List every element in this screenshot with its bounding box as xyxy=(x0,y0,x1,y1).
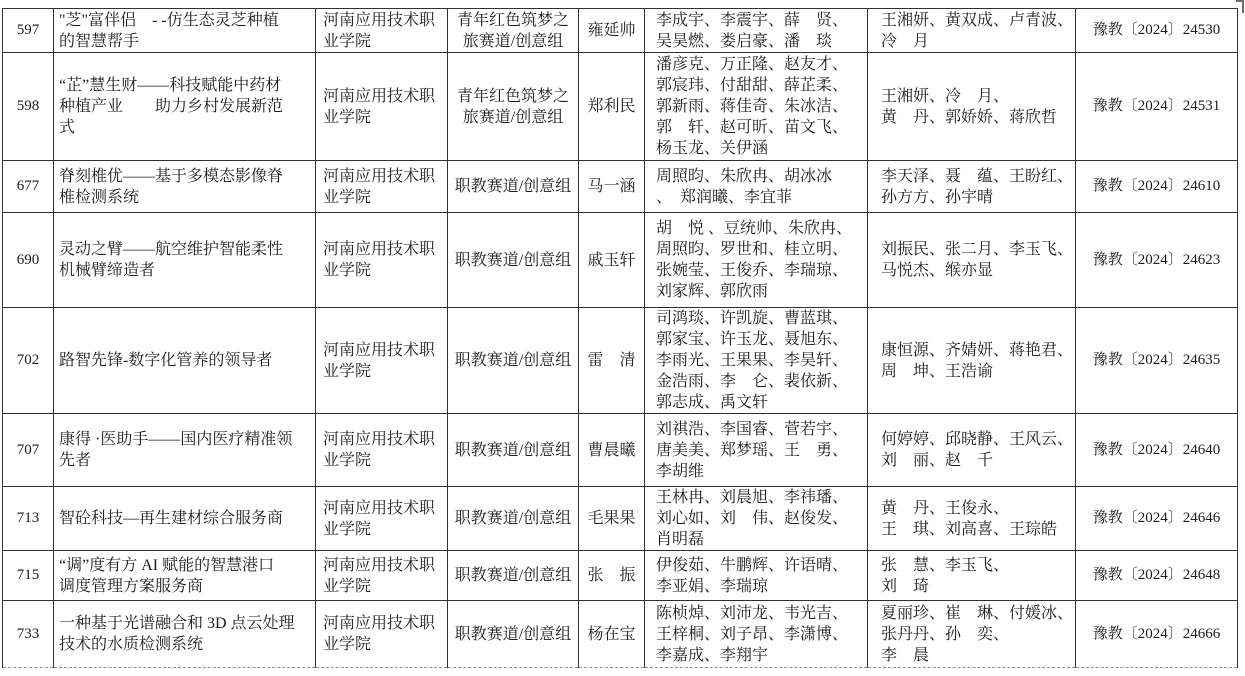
advisors: 刘振民、张二月、李玉飞、 马悦杰、缑亦显 xyxy=(868,213,1076,308)
track-group: 职教赛道/创意组 xyxy=(448,308,579,414)
team-members: 潘彦克、万正隆、赵友才、 郭宸玮、付甜甜、薛芷柔、 郭新雨、蒋佳奇、朱冰洁、 郭… xyxy=(645,53,868,161)
table-row: 690 灵动之臂——航空维护智能柔性 机械臂缔造者 河南应用技术职 业学院 职教… xyxy=(3,213,1238,308)
school-name: 河南应用技术职 业学院 xyxy=(316,551,448,601)
project-title: 一种基于光谱融合和 3D 点云处理 技术的水质检测系统 xyxy=(54,601,316,668)
track-group: 职教赛道/创意组 xyxy=(448,161,579,213)
table-row: 715 “调”度有方 AI 赋能的智慧港口 调度管理方案服务商 河南应用技术职 … xyxy=(3,551,1238,601)
project-title: “调”度有方 AI 赋能的智慧港口 调度管理方案服务商 xyxy=(54,551,316,601)
table-row: 707 康得 ·医助手——国内医疗精准领 先者 河南应用技术职 业学院 职教赛道… xyxy=(3,414,1238,487)
school-name: 河南应用技术职 业学院 xyxy=(316,53,448,161)
school-name: 河南应用技术职 业学院 xyxy=(316,414,448,487)
table-row: 733 一种基于光谱融合和 3D 点云处理 技术的水质检测系统 河南应用技术职 … xyxy=(3,601,1238,668)
advisors: 夏丽珍、崔 琳、付媛冰、 张丹丹、孙 奕、 李 晨 xyxy=(868,601,1076,668)
table-row: 702 路智先锋-数字化管养的领导者 河南应用技术职 业学院 职教赛道/创意组 … xyxy=(3,308,1238,414)
document-page: 597 "芝"富伴侣 - -仿生态灵芝种植 的智慧帮手 河南应用技术职 业学院 … xyxy=(0,0,1245,676)
row-number: 733 xyxy=(3,601,54,668)
project-title: 路智先锋-数字化管养的领导者 xyxy=(54,308,316,414)
school-name: 河南应用技术职 业学院 xyxy=(316,9,448,53)
project-leader: 雷 清 xyxy=(579,308,645,414)
track-group: 职教赛道/创意组 xyxy=(448,487,579,551)
document-number: 豫教〔2024〕24531 xyxy=(1076,53,1238,161)
school-name: 河南应用技术职 业学院 xyxy=(316,487,448,551)
project-leader: 杨在宝 xyxy=(579,601,645,668)
table-row: 597 "芝"富伴侣 - -仿生态灵芝种植 的智慧帮手 河南应用技术职 业学院 … xyxy=(3,9,1238,53)
team-members: 伊俊茹、牛鹏辉、许语晴、 李亚娟、李瑞琼 xyxy=(645,551,868,601)
team-members: 王林冉、刘晨旭、李祎璠、 刘心如、刘 伟、赵俊发、 肖明磊 xyxy=(645,487,868,551)
school-name: 河南应用技术职 业学院 xyxy=(316,601,448,668)
page-corner-mark-top xyxy=(1236,0,1244,2)
row-number: 702 xyxy=(3,308,54,414)
table-row: 713 智砼科技—再生建材综合服务商 河南应用技术职 业学院 职教赛道/创意组 … xyxy=(3,487,1238,551)
team-members: 刘祺浩、李国睿、菅若宇、 唐美美、郑梦瑶、王 勇、 李胡维 xyxy=(645,414,868,487)
document-number: 豫教〔2024〕24666 xyxy=(1076,601,1238,668)
track-group: 职教赛道/创意组 xyxy=(448,414,579,487)
advisors: 张 慧、李玉飞、 刘 琦 xyxy=(868,551,1076,601)
project-leader: 张 振 xyxy=(579,551,645,601)
document-number: 豫教〔2024〕24635 xyxy=(1076,308,1238,414)
row-number: 677 xyxy=(3,161,54,213)
row-number: 713 xyxy=(3,487,54,551)
document-number: 豫教〔2024〕24530 xyxy=(1076,9,1238,53)
document-number: 豫教〔2024〕24610 xyxy=(1076,161,1238,213)
school-name: 河南应用技术职 业学院 xyxy=(316,161,448,213)
project-title: 脊刻椎优——基于多模态影像脊 椎检测系统 xyxy=(54,161,316,213)
table-row: 598 “芷”慧生财——科技赋能中药材 种植产业 助力乡村发展新范 式 河南应用… xyxy=(3,53,1238,161)
row-number: 715 xyxy=(3,551,54,601)
document-number: 豫教〔2024〕24623 xyxy=(1076,213,1238,308)
track-group: 职教赛道/创意组 xyxy=(448,551,579,601)
project-title: "芝"富伴侣 - -仿生态灵芝种植 的智慧帮手 xyxy=(54,9,316,53)
team-members: 李成宇、李震宇、薛 贤、 吴昊燃、娄启豪、潘 琰 xyxy=(645,9,868,53)
advisors: 李天泽、聂 蕴、王盼红、 孙方方、孙宇晴 xyxy=(868,161,1076,213)
project-leader: 郑利民 xyxy=(579,53,645,161)
project-leader: 戚玉轩 xyxy=(579,213,645,308)
school-name: 河南应用技术职 业学院 xyxy=(316,308,448,414)
project-title: 康得 ·医助手——国内医疗精准领 先者 xyxy=(54,414,316,487)
advisors: 黄 丹、王俊永、 王 琪、刘高喜、王琮皓 xyxy=(868,487,1076,551)
project-award-table: 597 "芝"富伴侣 - -仿生态灵芝种植 的智慧帮手 河南应用技术职 业学院 … xyxy=(2,8,1238,668)
track-group: 青年红色筑梦之 旅赛道/创意组 xyxy=(448,53,579,161)
row-number: 690 xyxy=(3,213,54,308)
row-number: 598 xyxy=(3,53,54,161)
project-title: “芷”慧生财——科技赋能中药材 种植产业 助力乡村发展新范 式 xyxy=(54,53,316,161)
project-leader: 雍延帅 xyxy=(579,9,645,53)
track-group: 职教赛道/创意组 xyxy=(448,213,579,308)
advisors: 康恒源、齐婧妍、蒋艳君、 周 坤、王浩谕 xyxy=(868,308,1076,414)
track-group: 青年红色筑梦之 旅赛道/创意组 xyxy=(448,9,579,53)
advisors: 何婷婷、邱晓静、王风云、 刘 丽、赵 千 xyxy=(868,414,1076,487)
project-title: 智砼科技—再生建材综合服务商 xyxy=(54,487,316,551)
row-number: 597 xyxy=(3,9,54,53)
advisors: 王湘妍、黄双成、卢青波、 冷 月 xyxy=(868,9,1076,53)
document-number: 豫教〔2024〕24640 xyxy=(1076,414,1238,487)
project-leader: 曹晨曦 xyxy=(579,414,645,487)
project-title: 灵动之臂——航空维护智能柔性 机械臂缔造者 xyxy=(54,213,316,308)
project-leader: 毛果果 xyxy=(579,487,645,551)
team-members: 司鸿琰、许凯旋、曹蓝琪、 郭家宝、许玉龙、聂旭东、 李雨光、王果果、李昊轩、 金… xyxy=(645,308,868,414)
track-group: 职教赛道/创意组 xyxy=(448,601,579,668)
school-name: 河南应用技术职 业学院 xyxy=(316,213,448,308)
team-members: 周照昀、朱欣冉、胡冰冰 、 郑润曦、李宜菲 xyxy=(645,161,868,213)
project-leader: 马一涵 xyxy=(579,161,645,213)
document-number: 豫教〔2024〕24648 xyxy=(1076,551,1238,601)
document-number: 豫教〔2024〕24646 xyxy=(1076,487,1238,551)
advisors: 王湘妍、冷 月、 黄 丹、郭娇娇、蒋欣哲 xyxy=(868,53,1076,161)
row-number: 707 xyxy=(3,414,54,487)
team-members: 陈桢焯、刘沛龙、韦光吉、 王梓桐、刘子昂、李潇博、 李嘉成、李翔宇 xyxy=(645,601,868,668)
table-row: 677 脊刻椎优——基于多模态影像脊 椎检测系统 河南应用技术职 业学院 职教赛… xyxy=(3,161,1238,213)
team-members: 胡 悦 、豆统帅、朱欣冉、 周照昀、罗世和、桂立明、 张婉莹、王俊乔、李瑞琼、 … xyxy=(645,213,868,308)
